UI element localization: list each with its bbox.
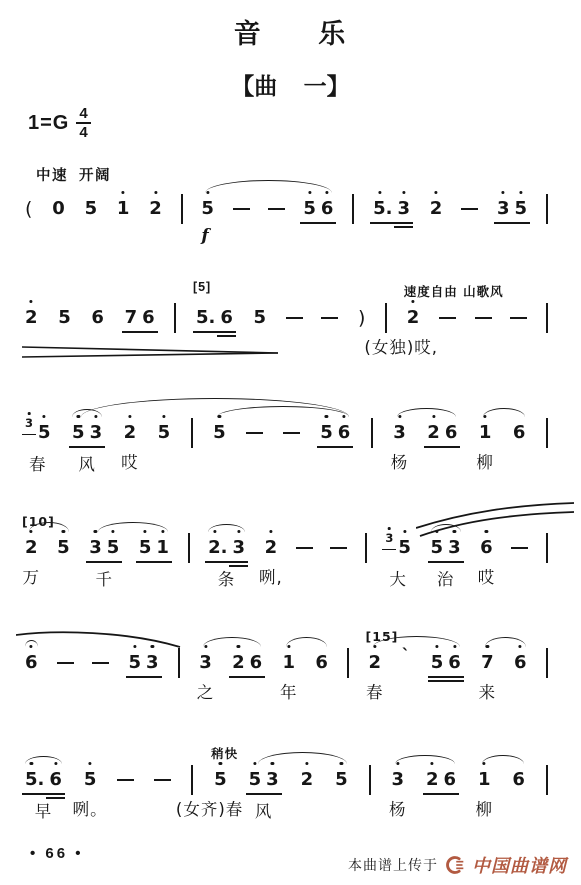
dash-extension	[511, 536, 528, 560]
dash-line	[439, 317, 456, 319]
note-3: 3	[496, 197, 511, 221]
dash-line	[283, 432, 300, 434]
note-6: 6	[314, 651, 329, 675]
octave-dot	[253, 762, 256, 765]
note-5.: 5.	[24, 768, 45, 792]
barline	[546, 303, 548, 333]
note-3: 3	[89, 421, 104, 445]
underline-beam	[300, 222, 319, 224]
underline-beam	[317, 446, 336, 448]
note-5: 5	[212, 421, 227, 445]
system-5: 6533之261年62[15]春`567来6	[24, 651, 548, 675]
octave-dot	[154, 191, 157, 194]
note-group: 53治	[430, 536, 462, 560]
underline-beam	[318, 222, 337, 224]
octave-dot	[378, 191, 381, 194]
lyric-text: 杨	[389, 798, 407, 822]
underline-beam	[247, 676, 266, 678]
note-7: 7来	[480, 651, 495, 675]
upload-credit-text: 本曲谱上传于	[348, 855, 438, 875]
note-group: 56	[319, 421, 351, 445]
lyric-text: 哎	[478, 566, 496, 590]
barline	[174, 303, 176, 333]
barline	[188, 533, 190, 563]
note-5: 5	[397, 536, 412, 560]
octave-dot	[402, 191, 405, 194]
underline-beam	[428, 676, 447, 678]
breath-mark: `	[400, 646, 411, 666]
dash-extension	[321, 306, 338, 330]
octave-dot	[94, 530, 97, 533]
underline-beam	[440, 793, 459, 795]
note-group: 53	[128, 651, 160, 675]
slur-arc	[205, 180, 332, 193]
note-3: 3杨	[390, 768, 405, 792]
dash-extension	[330, 536, 347, 560]
note-6: 6	[511, 768, 526, 792]
tempo-marking: 中速 开阔	[36, 164, 111, 185]
octave-dot	[434, 191, 437, 194]
system-6: 5.6早5咧。5稍快(女齐)春53风253杨261柳6	[24, 768, 548, 792]
china-score-site-logo-icon	[445, 855, 465, 875]
note-group: 35千	[88, 536, 120, 560]
note-3: 3	[88, 536, 103, 560]
note-group: 53风	[248, 768, 280, 792]
dash-line	[117, 779, 134, 781]
barline	[546, 533, 548, 563]
slur-continuation-curve	[16, 629, 184, 651]
barline	[546, 194, 548, 224]
underline-beam	[394, 222, 413, 224]
underline-beam	[428, 561, 447, 563]
slur-arc	[25, 756, 62, 764]
note-group: 76	[124, 306, 156, 330]
octave-dot	[43, 415, 46, 418]
dash-line	[286, 317, 303, 319]
dash-line	[92, 662, 109, 664]
note-5: 5	[138, 536, 153, 560]
slur-arc	[482, 755, 524, 764]
note-6: 6	[141, 306, 156, 330]
lyric-text: 哎	[121, 451, 139, 475]
note-3: 3	[396, 197, 411, 221]
slur-arc	[397, 408, 456, 417]
notes-row-3: 35春53风2哎55563杨261柳6	[24, 421, 548, 445]
lyric-text: 之	[197, 681, 215, 705]
note-3: 3之	[198, 651, 213, 675]
dash-extension	[439, 306, 456, 330]
underline-beam	[87, 446, 106, 448]
octave-dot	[269, 530, 272, 533]
meter-denominator: 4	[76, 124, 90, 140]
slur-arc	[208, 524, 245, 532]
note-1: 1	[116, 197, 131, 221]
slur-arc	[98, 522, 168, 532]
system-3: 35春53风2哎55563杨261柳6	[24, 421, 548, 445]
lyric-text: 千	[96, 566, 114, 590]
dynamic-mark: f	[201, 226, 208, 246]
dash-line	[57, 662, 74, 664]
dash-extension	[475, 306, 492, 330]
underline-beam	[86, 561, 105, 563]
lyric-text: 咧。	[73, 798, 108, 822]
note-6: 6	[48, 768, 63, 792]
lyric-text: 大	[389, 566, 407, 590]
lyric-text: 春	[366, 681, 384, 705]
underline-beam	[69, 446, 88, 448]
slur-continuation-lines	[416, 502, 578, 540]
note-group: 26	[425, 768, 457, 792]
dash-line	[233, 208, 250, 210]
note-3: 3	[447, 536, 462, 560]
meter-numerator: 4	[76, 106, 90, 124]
grace-note: 3	[384, 531, 394, 547]
system-1: (05125f565.3235	[24, 197, 548, 221]
lyric-text: 治	[437, 566, 455, 590]
underline-beam	[104, 561, 123, 563]
notes-row-2: 256765.6[5]5)2速度自由 山歌风(女独)哎,	[24, 306, 548, 330]
note-1: 1柳	[478, 421, 493, 445]
note-5: 5咧。	[83, 768, 98, 792]
grace-note: 3	[24, 416, 34, 432]
dash-extension	[233, 197, 250, 221]
lyric-text: 柳	[476, 451, 494, 475]
note-6: 6	[447, 651, 462, 675]
note-6: 6	[219, 306, 234, 330]
slur-arc	[203, 637, 261, 647]
note-5: 5	[248, 768, 263, 792]
lyric-text: 来	[479, 681, 497, 705]
underline-beam	[136, 561, 155, 563]
note-group: 5.3	[372, 197, 411, 221]
note-2: 2速度自由 山歌风(女独)哎,	[406, 306, 421, 330]
site-name: 中国曲谱网	[472, 852, 567, 878]
underline-beam	[126, 676, 145, 678]
note-2: 2	[24, 306, 39, 330]
underline-beam	[22, 793, 47, 795]
note-2: 2	[148, 197, 163, 221]
note-group: 35春	[24, 421, 52, 445]
underline-beam	[394, 226, 413, 228]
underline-beam	[335, 446, 354, 448]
lyric-text: 早	[35, 798, 53, 822]
note-5: 5	[319, 421, 334, 445]
lyric-text: 年	[280, 681, 298, 705]
underline-beam	[442, 446, 461, 448]
lyric-text: (女独)哎,	[364, 336, 438, 360]
notes-row-6: 5.6早5咧。5稍快(女齐)春53风253杨261柳6	[24, 768, 548, 792]
page-number: • 66 •	[30, 845, 84, 862]
underline-beam	[217, 335, 236, 337]
lyric-text: 春	[29, 451, 47, 475]
note-2: 2	[426, 421, 441, 445]
octave-dot	[502, 191, 505, 194]
barline	[385, 303, 387, 333]
note-6: 6	[320, 197, 335, 221]
dash-extension	[510, 306, 527, 330]
underline-beam	[143, 676, 162, 678]
barline	[347, 648, 349, 678]
dash-extension	[117, 768, 134, 792]
notes-row-1: (05125f565.3235	[24, 197, 548, 221]
note-3: 3	[231, 536, 246, 560]
annotation-above: [5]	[193, 280, 211, 294]
dash-extension	[296, 536, 313, 560]
lyric-text: 万	[23, 566, 41, 590]
note-2: 2	[429, 197, 444, 221]
barline	[546, 648, 548, 678]
note-5: 5f	[200, 197, 215, 221]
open-paren: (	[24, 197, 33, 221]
lyric-text: 咧,	[259, 566, 283, 590]
dash-line	[154, 779, 171, 781]
barline	[181, 194, 183, 224]
note-6: 6	[90, 306, 105, 330]
note-5: 5	[513, 197, 528, 221]
slur-arc	[485, 637, 526, 647]
note-group: 51	[138, 536, 170, 560]
dash-line	[330, 547, 347, 549]
dash-line	[475, 317, 492, 319]
section-heading: 【曲 一】	[0, 68, 581, 101]
note-group: 26	[426, 421, 458, 445]
barline	[352, 194, 354, 224]
octave-dot	[30, 300, 33, 303]
note-2.: 2.	[207, 536, 228, 560]
octave-dot	[28, 412, 31, 415]
underline-beam	[424, 446, 443, 448]
note-6: 6	[337, 421, 352, 445]
system-4: 2[10]万535千512.3条2咧,35大53治6哎	[24, 536, 548, 560]
underline-beam	[139, 331, 158, 333]
dash-extension	[461, 197, 478, 221]
decrescendo-hairpin	[22, 344, 282, 360]
lyric-text: 风	[78, 451, 96, 475]
slur-arc	[25, 640, 38, 647]
lyric-text: 风	[255, 798, 273, 822]
annotation-above: 稍快	[211, 742, 238, 766]
note-0: 0	[51, 197, 66, 221]
note-2: 2	[425, 768, 440, 792]
note-6: 6	[444, 421, 459, 445]
note-5: 5	[57, 306, 72, 330]
note-1: 1年	[281, 651, 296, 675]
underline-beam	[428, 680, 447, 682]
note-5: 5	[106, 536, 121, 560]
barline	[369, 765, 371, 795]
barline	[191, 418, 193, 448]
barline	[191, 765, 193, 795]
note-3: 3	[265, 768, 280, 792]
close-paren: )	[357, 306, 366, 330]
note-5: 5	[56, 536, 71, 560]
note-5: 5	[84, 197, 99, 221]
key-signature: 1=G 4 4	[28, 106, 91, 140]
octave-dot	[89, 762, 92, 765]
dash-extension	[57, 651, 74, 675]
note-group: 35	[496, 197, 528, 221]
underline-beam	[246, 793, 265, 795]
underline-beam	[382, 549, 396, 550]
dash-line	[461, 208, 478, 210]
octave-dot	[388, 527, 391, 530]
underline-beam	[122, 331, 141, 333]
underline-beam	[153, 561, 172, 563]
barline	[371, 418, 373, 448]
underline-beam	[445, 676, 464, 678]
barline	[546, 418, 548, 448]
octave-dot	[403, 530, 406, 533]
note-5: 5	[71, 421, 86, 445]
note-7: 7	[124, 306, 139, 330]
dash-extension	[268, 197, 285, 221]
note-6: 6	[513, 651, 528, 675]
underline-beam	[370, 222, 395, 224]
note-group: 56	[302, 197, 334, 221]
note-2: 2咧,	[264, 536, 279, 560]
note-5: 5稍快(女齐)春	[213, 768, 228, 792]
note-5: 5	[334, 768, 349, 792]
slur-arc	[483, 408, 525, 417]
octave-dot	[519, 191, 522, 194]
note-5: 5	[430, 536, 445, 560]
underline-beam	[193, 331, 218, 333]
note-5: 5	[430, 651, 445, 675]
note-5: 5	[128, 651, 143, 675]
notes-row-4: 2[10]万535千512.3条2咧,35大53治6哎	[24, 536, 548, 560]
note-group: 53风	[71, 421, 103, 445]
note-6: 6	[249, 651, 264, 675]
dash-extension	[92, 651, 109, 675]
note-2: 2[10]万	[24, 536, 39, 560]
note-2: 2	[300, 768, 315, 792]
note-2: 2[15]春	[368, 651, 383, 675]
dash-line	[321, 317, 338, 319]
note-group: 26	[231, 651, 263, 675]
dash-line	[296, 547, 313, 549]
footer-credit: 本曲谱上传于 中国曲谱网	[348, 852, 567, 878]
sheet-music-page: 音 乐 【曲 一】 1=G 4 4 中速 开阔 (05125f565.3235 …	[0, 0, 581, 885]
system-2: 256765.6[5]5)2速度自由 山歌风(女独)哎,	[24, 306, 548, 330]
underline-beam	[229, 561, 248, 563]
page-title: 音 乐	[0, 12, 581, 51]
dash-line	[511, 547, 528, 549]
note-6: 6哎	[479, 536, 494, 560]
barline	[178, 648, 180, 678]
slur-arc	[286, 637, 327, 647]
underline-beam	[205, 561, 230, 563]
underline-beam	[445, 561, 464, 563]
dash-extension	[286, 306, 303, 330]
underline-beam	[445, 680, 464, 682]
barline	[546, 765, 548, 795]
note-2: 2哎	[123, 421, 138, 445]
underline-beam	[229, 676, 248, 678]
note-1: 1	[155, 536, 170, 560]
tonality-label: 1=G	[28, 112, 69, 135]
underline-beam	[46, 793, 65, 795]
note-group: 35大	[384, 536, 412, 560]
note-3: 3	[145, 651, 160, 675]
annotation-above: 速度自由 山歌风	[404, 280, 504, 304]
note-group: 56	[430, 651, 462, 675]
note-5: 5	[302, 197, 317, 221]
dash-line	[268, 208, 285, 210]
note-3: 3杨	[392, 421, 407, 445]
time-signature: 4 4	[76, 106, 90, 140]
note-1: 1柳	[477, 768, 492, 792]
underline-beam	[22, 434, 36, 435]
dash-extension	[283, 421, 300, 445]
note-group: 5.6[5]	[195, 306, 234, 330]
lyric-text: (女齐)春	[176, 798, 243, 822]
lyric-text: 杨	[391, 451, 409, 475]
slur-arc	[29, 522, 69, 532]
dash-extension	[154, 768, 171, 792]
note-5: 5	[37, 421, 52, 445]
note-6: 6	[442, 768, 457, 792]
note-5: 5	[157, 421, 172, 445]
slur-arc	[258, 752, 347, 764]
underline-beam	[263, 793, 282, 795]
note-6: 6	[24, 651, 39, 675]
note-group: 5.6早	[24, 768, 63, 792]
dash-line	[246, 432, 263, 434]
notes-row-5: 6533之261年62[15]春`567来6	[24, 651, 548, 675]
lyric-text: 柳	[475, 798, 493, 822]
dash-line	[510, 317, 527, 319]
underline-beam	[423, 793, 442, 795]
barline	[365, 533, 367, 563]
note-group: 2.3条	[207, 536, 246, 560]
note-5.: 5.	[372, 197, 393, 221]
underline-beam	[217, 331, 236, 333]
note-5.: 5.	[195, 306, 216, 330]
octave-dot	[122, 191, 125, 194]
dash-extension	[246, 421, 263, 445]
underline-beam	[494, 222, 513, 224]
note-2: 2	[231, 651, 246, 675]
note-5: 5	[253, 306, 268, 330]
underline-beam	[511, 222, 530, 224]
slur-arc	[395, 755, 455, 764]
lyric-text: 条	[218, 566, 236, 590]
note-6: 6	[512, 421, 527, 445]
